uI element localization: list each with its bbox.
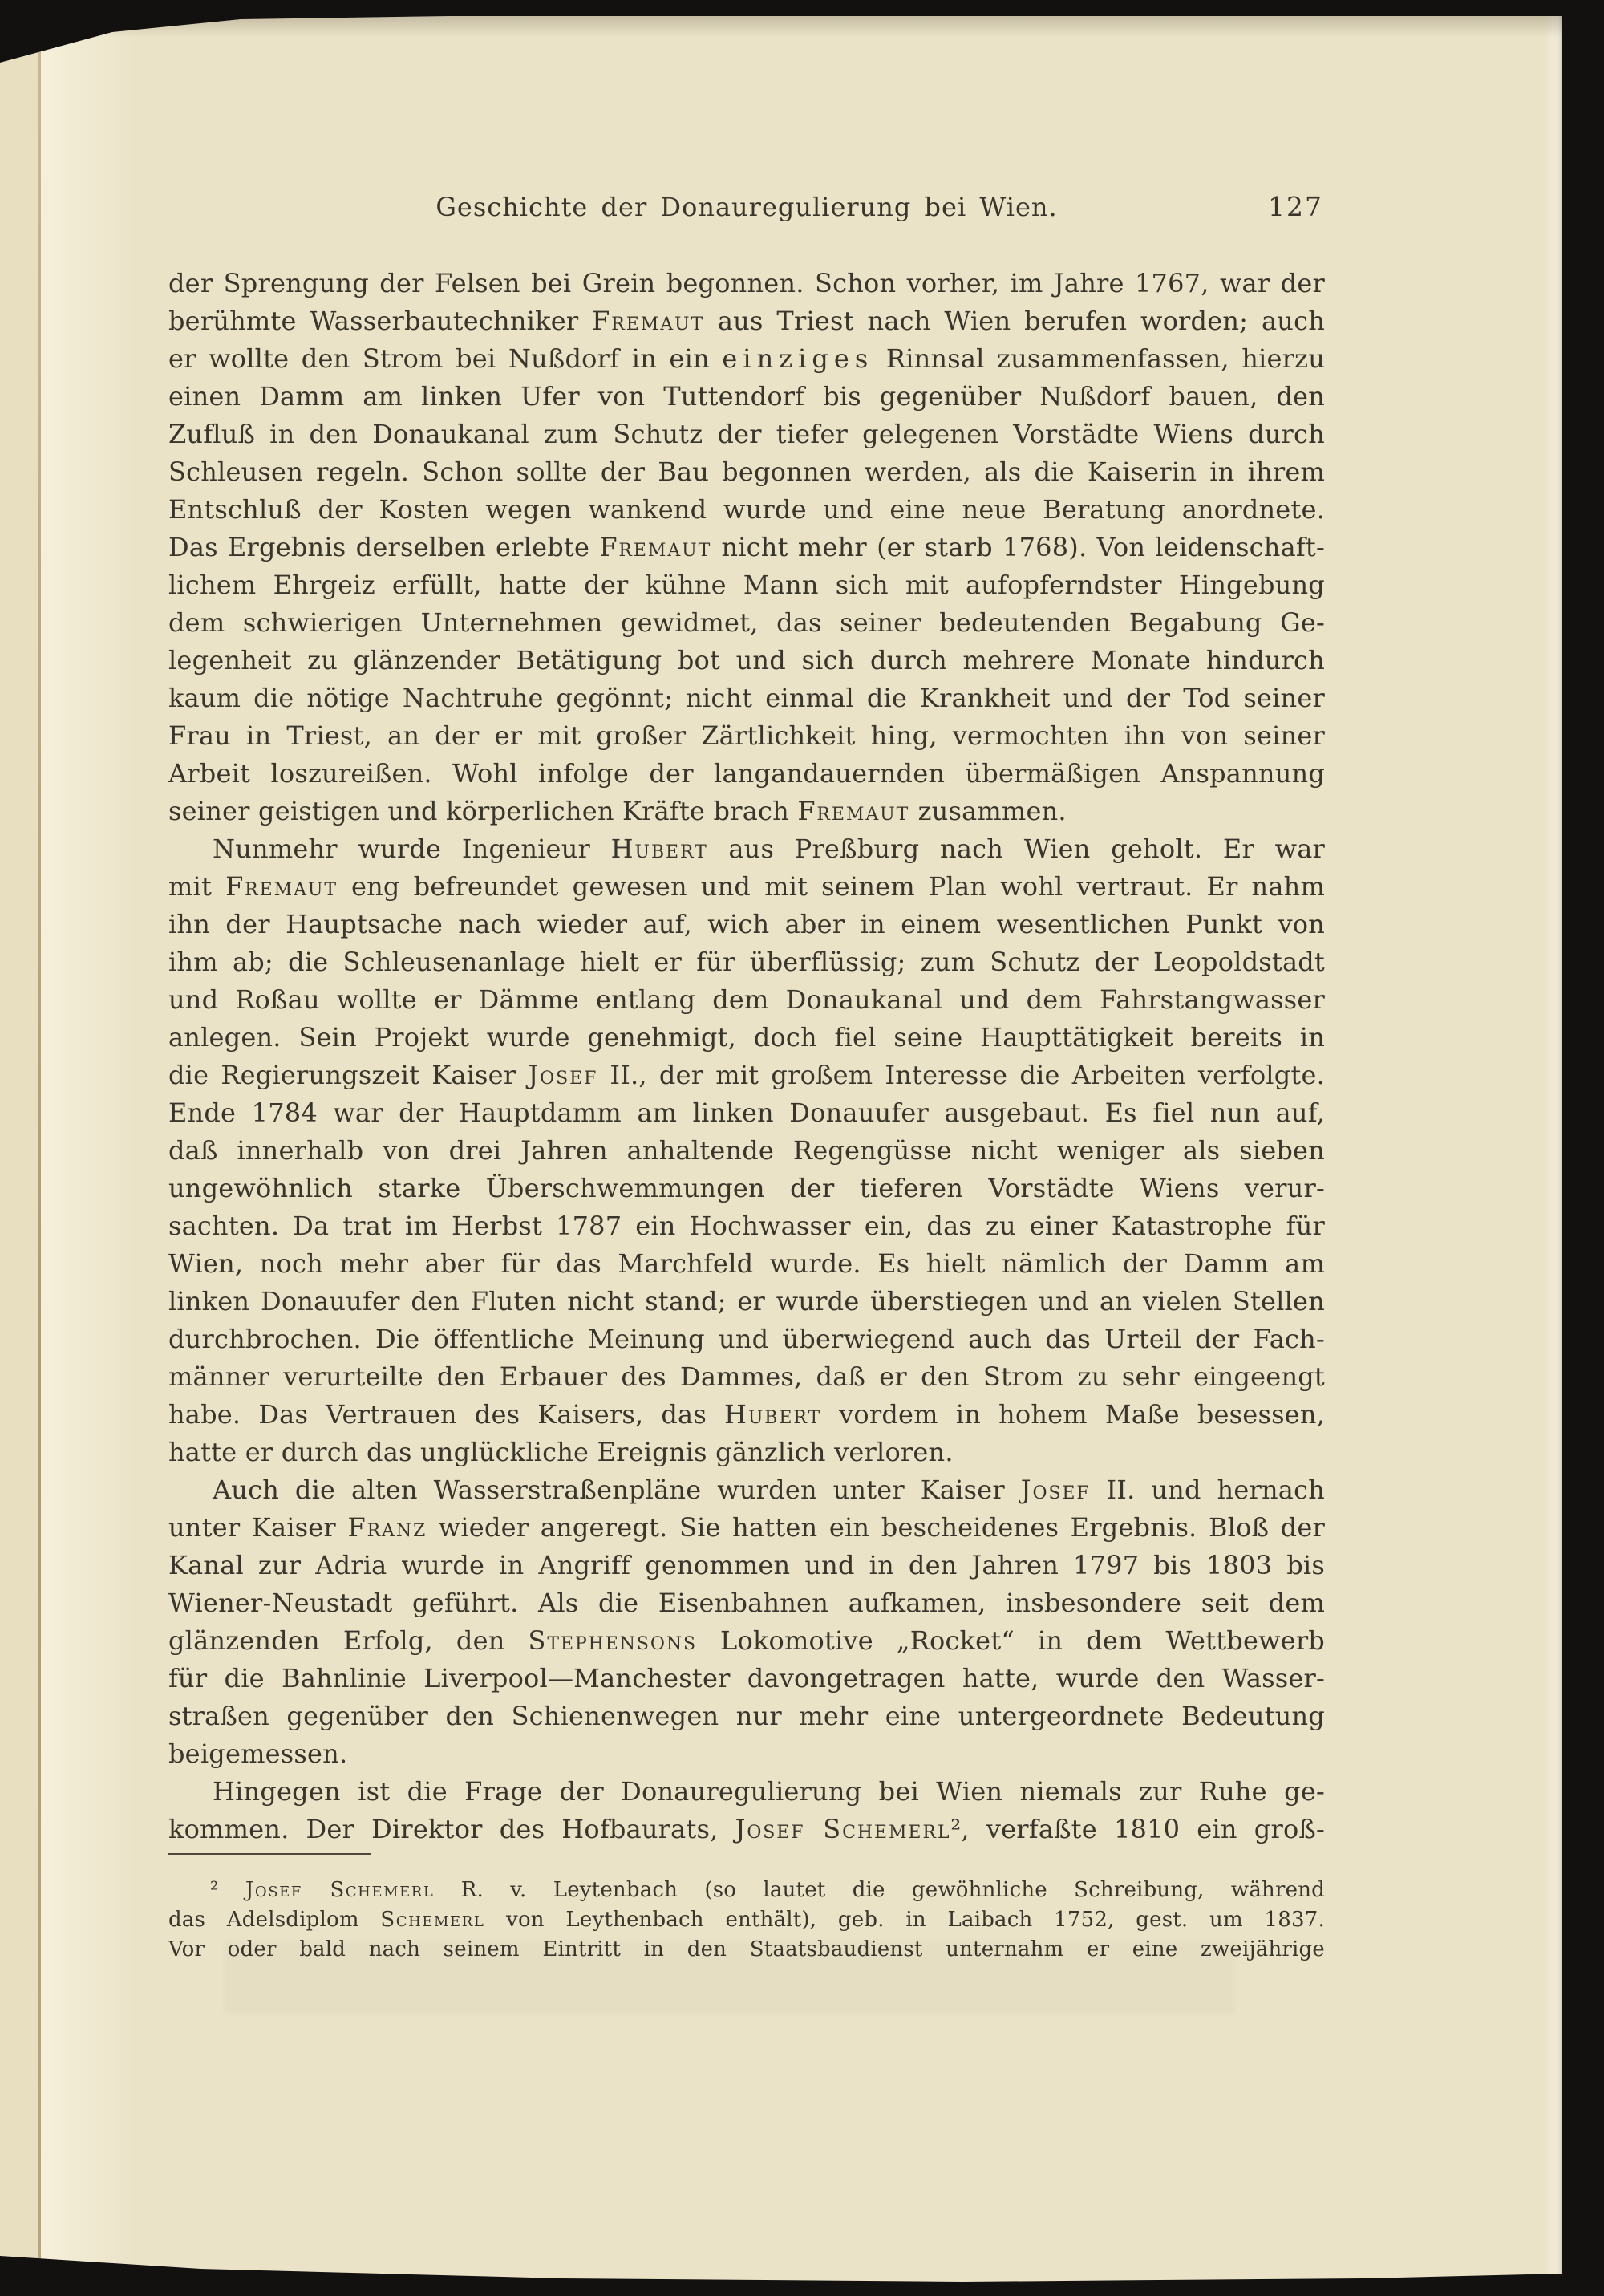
body-text-line: kaum die nötige Nachtruhe gegönnt; nicht…	[168, 679, 1325, 717]
body-text-line: Wiener-Neustadt geführt. Als die Eisenba…	[168, 1584, 1325, 1622]
page-number: 127	[1268, 189, 1323, 225]
body-text-line: beigemessen.	[168, 1735, 1325, 1773]
body-text-line: habe. Das Vertrauen des Kaisers, das Hub…	[168, 1396, 1325, 1434]
page-fore-edge	[1545, 16, 1564, 2283]
footnote-line: Vor oder bald nach seinem Eintritt in de…	[168, 1935, 1325, 1965]
body-text-line: mit Fremaut eng befreundet gewesen und m…	[168, 868, 1325, 906]
body-text-line: ihm ab; die Schleusenanlage hielt er für…	[168, 943, 1325, 981]
body-text-line: er wollte den Strom bei Nußdorf in ein e…	[168, 340, 1325, 378]
body-text-line: für die Bahnlinie Liverpool—Manchester d…	[168, 1660, 1325, 1698]
body-text-line: und Roßau wollte er Dämme entlang dem Do…	[168, 981, 1325, 1019]
body-text-line: kommen. Der Direktor des Hofbaurats, Jos…	[168, 1811, 1325, 1848]
page-title: Geschichte der Donauregulierung bei Wien…	[168, 189, 1325, 225]
footnote-text: ² Josef Schemerl R. v. Leytenbach (so la…	[168, 1876, 1325, 1965]
body-text-line: ihn der Hauptsache nach wieder auf, wich…	[168, 906, 1325, 943]
gutter-strip	[0, 16, 38, 2283]
body-text-line: Wien, noch mehr aber für das Marchfeld w…	[168, 1245, 1325, 1283]
body-text-line: Zufluß in den Donaukanal zum Schutz der …	[168, 416, 1325, 453]
running-header: Geschichte der Donauregulierung bei Wien…	[168, 189, 1325, 225]
body-text-line: Hingegen ist die Frage der Donauregulier…	[168, 1773, 1325, 1811]
body-text-line: Auch die alten Wasserstraßenpläne wurden…	[168, 1471, 1325, 1509]
body-text-line: seiner geistigen und körperlichen Kräfte…	[168, 793, 1325, 830]
body-text-line: Entschluß der Kosten wegen wankend wurde…	[168, 491, 1325, 529]
gutter-highlight	[41, 16, 133, 2283]
body-text-line: Frau in Triest, an der er mit großer Zär…	[168, 717, 1325, 755]
body-text-line: linken Donauufer den Fluten nicht stand;…	[168, 1283, 1325, 1320]
book-page: Geschichte der Donauregulierung bei Wien…	[0, 16, 1564, 2283]
photo-black-border-right	[1562, 0, 1604, 2296]
body-text-line: Kanal zur Adria wurde in Angriff genomme…	[168, 1547, 1325, 1584]
footnote-line: ² Josef Schemerl R. v. Leytenbach (so la…	[168, 1876, 1325, 1905]
body-text-line: Ende 1784 war der Hauptdamm am linken Do…	[168, 1094, 1325, 1132]
body-text-line: die Regierungszeit Kaiser Josef II., der…	[168, 1057, 1325, 1094]
body-text-line: daß innerhalb von drei Jahren anhaltende…	[168, 1132, 1325, 1170]
footnote-rule	[168, 1853, 371, 1855]
body-text-line: lichem Ehrgeiz erfüllt, hatte der kühne …	[168, 566, 1325, 604]
body-text-line: Das Ergebnis derselben erlebte Fremaut n…	[168, 529, 1325, 566]
body-text-line: Schleusen regeln. Schon sollte der Bau b…	[168, 453, 1325, 491]
footnote-line: das Adelsdiplom Schemerl von Leythenbach…	[168, 1905, 1325, 1935]
body-text-line: anlegen. Sein Projekt wurde genehmigt, d…	[168, 1019, 1325, 1057]
scanned-book-photo: { "document": { "language": "de", "runni…	[0, 0, 1604, 2296]
body-text-line: unter Kaiser Franz wieder angeregt. Sie …	[168, 1509, 1325, 1547]
body-text: der Sprengung der Felsen bei Grein begon…	[168, 265, 1325, 1848]
body-text-line: Nunmehr wurde Ingenieur Hubert aus Preßb…	[168, 830, 1325, 868]
body-text-line: glänzenden Erfolg, den Stephensons Lokom…	[168, 1622, 1325, 1660]
body-text-line: sachten. Da trat im Herbst 1787 ein Hoch…	[168, 1207, 1325, 1245]
body-text-line: ungewöhnlich starke Überschwemmungen der…	[168, 1170, 1325, 1207]
body-text-line: durchbrochen. Die öffentliche Meinung un…	[168, 1320, 1325, 1358]
body-text-line: Arbeit loszureißen. Wohl infolge der lan…	[168, 755, 1325, 793]
body-text-line: straßen gegenüber den Schienenwegen nur …	[168, 1698, 1325, 1735]
body-text-line: männer verurteilte den Erbauer des Damme…	[168, 1358, 1325, 1396]
body-text-line: legenheit zu glänzender Betätigung bot u…	[168, 642, 1325, 679]
body-text-line: berühmte Wasserbautechniker Fremaut aus …	[168, 302, 1325, 340]
body-text-line: der Sprengung der Felsen bei Grein begon…	[168, 265, 1325, 302]
body-text-line: dem schwierigen Unternehmen gewidmet, da…	[168, 604, 1325, 642]
body-text-line: hatte er durch das unglückliche Ereignis…	[168, 1434, 1325, 1471]
body-text-line: einen Damm am linken Ufer von Tuttendorf…	[168, 378, 1325, 416]
